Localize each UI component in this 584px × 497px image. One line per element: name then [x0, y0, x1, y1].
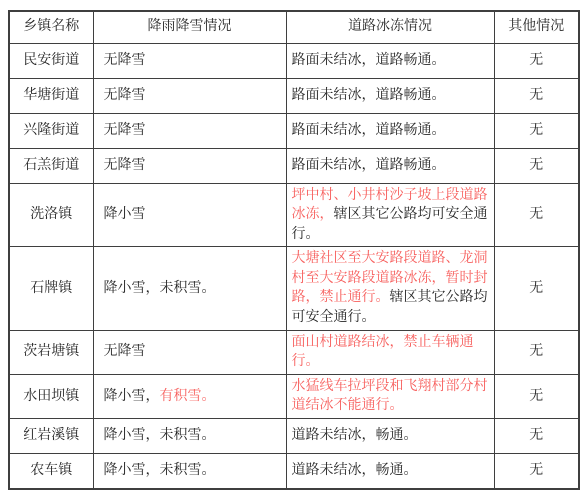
road-ice-cell: 道路未结冰，畅通。 [286, 419, 494, 454]
snowfall-cell: 无降雪 [93, 148, 286, 183]
road-ice-cell: 路面未结冰，道路畅通。 [286, 78, 494, 113]
status-text: 无降雪 [104, 52, 146, 68]
town-name-cell: 农车镇 [9, 454, 93, 489]
col-header-other: 其他情况 [494, 11, 579, 43]
table-row: 农车镇 降小雪，未积雪。 道路未结冰，畅通。 无 [9, 454, 579, 489]
status-text: 无降雪 [104, 122, 146, 138]
other-info-cell: 无 [494, 330, 579, 374]
town-name-cell: 红岩溪镇 [9, 419, 93, 454]
road-ice-cell: 路面未结冰，道路畅通。 [286, 113, 494, 148]
status-text: 无降雪 [104, 343, 146, 359]
road-ice-cell: 路面未结冰，道路畅通。 [286, 148, 494, 183]
snowfall-cell: 降小雪，有积雪。 [93, 374, 286, 418]
table-row: 民安街道 无降雪 路面未结冰，道路畅通。 无 [9, 43, 579, 78]
other-info-cell: 无 [494, 454, 579, 489]
snowfall-cell: 无降雪 [93, 78, 286, 113]
road-ice-cell: 路面未结冰，道路畅通。 [286, 43, 494, 78]
snowfall-cell: 降小雪 [93, 183, 286, 247]
other-info-cell: 无 [494, 419, 579, 454]
town-name-cell: 茨岩塘镇 [9, 330, 93, 374]
road-ice-cell: 道路未结冰，畅通。 [286, 454, 494, 489]
road-ice-cell: 坪中村、小井村沙子坡上段道路冰冻，辖区其它公路均可安全通行。 [286, 183, 494, 247]
other-info-cell: 无 [494, 183, 579, 247]
other-info-cell: 无 [494, 78, 579, 113]
status-text: 道路未结冰，畅通。 [292, 462, 418, 478]
snowfall-cell: 无降雪 [93, 43, 286, 78]
table-row: 水田坝镇 降小雪，有积雪。 水猛线车拉坪段和飞翔村部分村道结冰不能通行。 无 [9, 374, 579, 418]
alert-text: 面山村道路结冰，禁止车辆通行。 [292, 334, 474, 370]
town-name-cell: 洗洛镇 [9, 183, 93, 247]
alert-text: 水猛线车拉坪段和飞翔村部分村道结冰不能通行。 [292, 378, 488, 414]
header-row: 乡镇名称 降雨降雪情况 道路冰冻情况 其他情况 [9, 11, 579, 43]
status-text: 路面未结冰，道路畅通。 [292, 122, 446, 138]
status-text: 降小雪， [104, 388, 160, 404]
snowfall-cell: 无降雪 [93, 113, 286, 148]
town-name-cell: 石牌镇 [9, 247, 93, 330]
town-name-cell: 石羔街道 [9, 148, 93, 183]
snowfall-cell: 降小雪，未积雪。 [93, 419, 286, 454]
other-info-cell: 无 [494, 148, 579, 183]
col-header-town: 乡镇名称 [9, 11, 93, 43]
status-text: 路面未结冰，道路畅通。 [292, 87, 446, 103]
road-condition-table: 乡镇名称 降雨降雪情况 道路冰冻情况 其他情况 民安街道 无降雪 路面未结冰，道… [8, 10, 580, 490]
table-row: 兴隆街道 无降雪 路面未结冰，道路畅通。 无 [9, 113, 579, 148]
snowfall-cell: 无降雪 [93, 330, 286, 374]
table-row: 石牌镇 降小雪，未积雪。 大塘社区至大安路段道路、龙洞村至大安路段道路冰冻，暂时… [9, 247, 579, 330]
status-text: 降小雪 [104, 206, 146, 222]
status-text: 降小雪，未积雪。 [104, 427, 216, 443]
status-text: 无降雪 [104, 157, 146, 173]
status-text: 路面未结冰，道路畅通。 [292, 52, 446, 68]
town-name-cell: 兴隆街道 [9, 113, 93, 148]
table-row: 茨岩塘镇 无降雪 面山村道路结冰，禁止车辆通行。 无 [9, 330, 579, 374]
other-info-cell: 无 [494, 247, 579, 330]
page: 乡镇名称 降雨降雪情况 道路冰冻情况 其他情况 民安街道 无降雪 路面未结冰，道… [0, 0, 584, 497]
other-info-cell: 无 [494, 374, 579, 418]
snowfall-cell: 降小雪，未积雪。 [93, 247, 286, 330]
town-name-cell: 民安街道 [9, 43, 93, 78]
snowfall-cell: 降小雪，未积雪。 [93, 454, 286, 489]
status-text: 路面未结冰，道路畅通。 [292, 157, 446, 173]
road-ice-cell: 面山村道路结冰，禁止车辆通行。 [286, 330, 494, 374]
town-name-cell: 水田坝镇 [9, 374, 93, 418]
town-name-cell: 华塘街道 [9, 78, 93, 113]
col-header-road: 道路冰冻情况 [286, 11, 494, 43]
table-row: 洗洛镇 降小雪 坪中村、小井村沙子坡上段道路冰冻，辖区其它公路均可安全通行。 无 [9, 183, 579, 247]
status-text: 道路未结冰，畅通。 [292, 427, 418, 443]
status-text: 降小雪，未积雪。 [104, 462, 216, 478]
table-row: 石羔街道 无降雪 路面未结冰，道路畅通。 无 [9, 148, 579, 183]
alert-text: 有积雪。 [160, 388, 216, 404]
road-ice-cell: 水猛线车拉坪段和飞翔村部分村道结冰不能通行。 [286, 374, 494, 418]
table-row: 华塘街道 无降雪 路面未结冰，道路畅通。 无 [9, 78, 579, 113]
other-info-cell: 无 [494, 43, 579, 78]
status-text: 降小雪，未积雪。 [104, 280, 216, 296]
table-row: 红岩溪镇 降小雪，未积雪。 道路未结冰，畅通。 无 [9, 419, 579, 454]
status-text: 无降雪 [104, 87, 146, 103]
col-header-snow: 降雨降雪情况 [93, 11, 286, 43]
road-ice-cell: 大塘社区至大安路段道路、龙洞村至大安路段道路冰冻，暂时封路，禁止通行。辖区其它公… [286, 247, 494, 330]
other-info-cell: 无 [494, 113, 579, 148]
